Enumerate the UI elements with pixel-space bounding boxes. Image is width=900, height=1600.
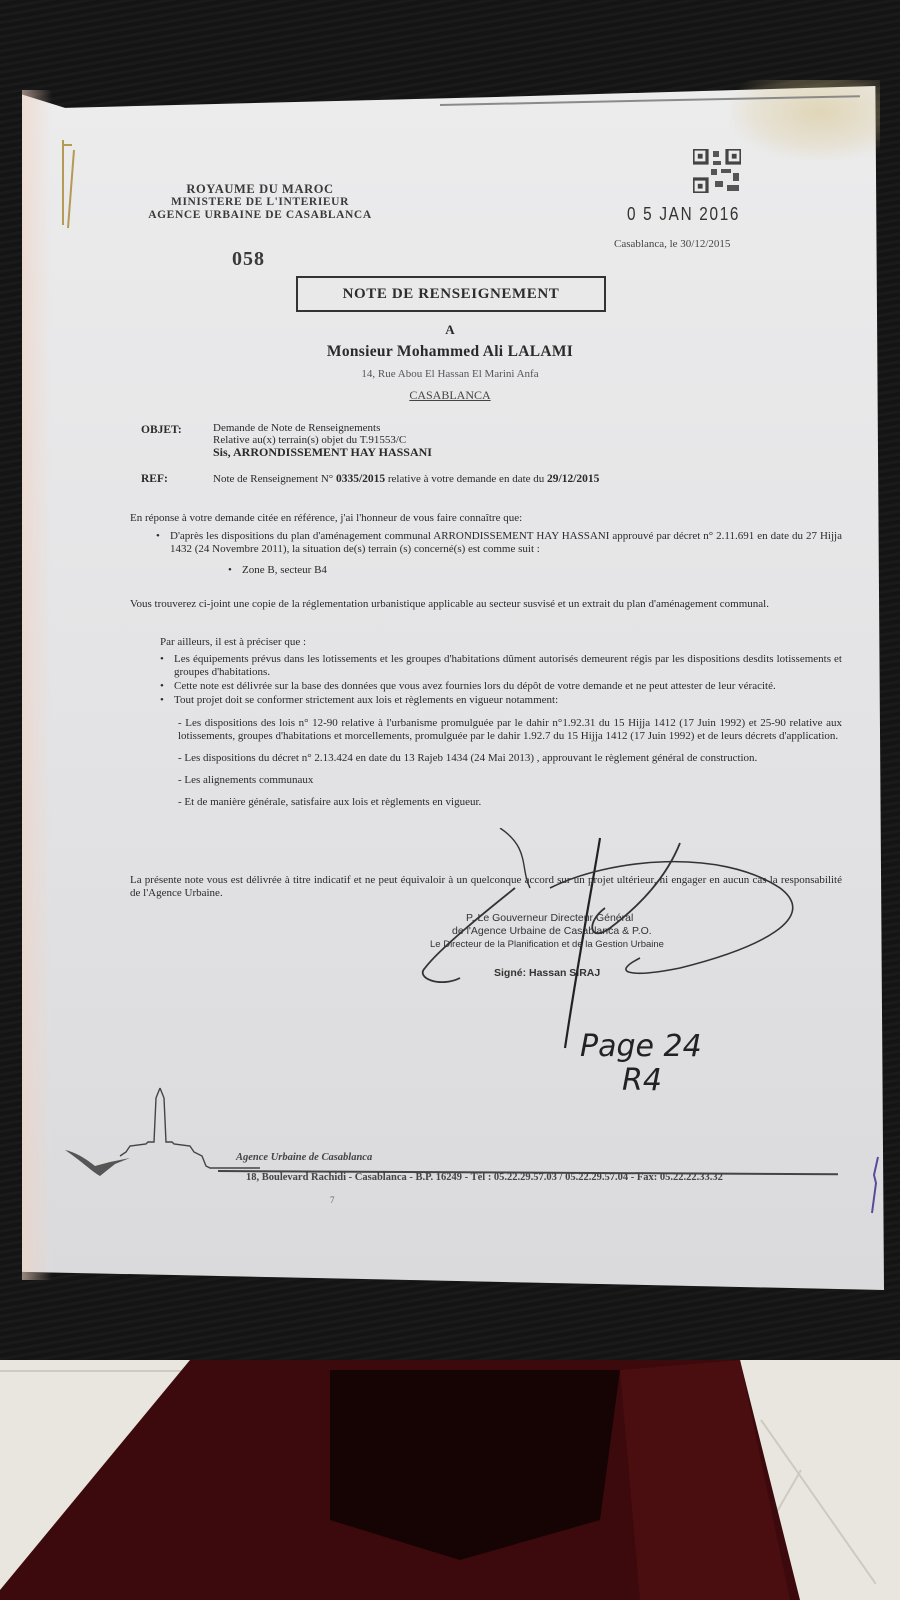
intro-paragraph: En réponse à votre demande citée en réfé…: [130, 512, 842, 525]
recipient-city: CASABLANCA: [250, 388, 650, 403]
document-title: NOTE DE RENSEIGNEMENT: [296, 276, 606, 312]
red-garment: [0, 1360, 900, 1600]
ref-prefix: Note de Renseignement N°: [213, 473, 336, 485]
objet-text: Demande de Note de Renseignements Relati…: [213, 422, 432, 458]
handwritten-note: Page 24 R4: [580, 1030, 702, 1098]
recipient-name: Monsieur Mohammed Ali LALAMI: [250, 343, 650, 361]
law-item-3: - Les alignements communaux: [130, 774, 842, 787]
ref-middle: relative à votre demande en date du: [385, 473, 547, 485]
handwritten-ref: R4: [580, 1064, 702, 1098]
paper-clip-icon: [60, 140, 80, 230]
law-item-4: - Et de manière générale, satisfaire aux…: [130, 796, 842, 809]
ref-label: REF:: [141, 473, 168, 485]
objet-label: OBJET:: [141, 424, 182, 436]
paper-stain: [730, 80, 880, 160]
footer-agency: Agence Urbaine de Casablanca: [236, 1152, 372, 1163]
letterhead: ROYAUME DU MAROC MINISTERE DE L'INTERIEU…: [140, 183, 380, 222]
recipient-to: A: [250, 322, 650, 338]
qr-code-icon: [693, 149, 741, 193]
ref-text: Note de Renseignement N° 0335/2015 relat…: [213, 473, 599, 485]
note-bullet-3: Tout projet doit se conformer strictemen…: [174, 694, 842, 707]
objet-line-1: Demande de Note de Renseignements: [213, 422, 432, 434]
note-bullet-2: Cette note est délivrée sur la base des …: [174, 680, 842, 693]
further-intro: Par ailleurs, il est à préciser que :: [130, 636, 842, 649]
note-bullet-1: Les équipements prévus dans les lotissem…: [174, 653, 842, 679]
further-section: Par ailleurs, il est à préciser que : Le…: [130, 636, 842, 809]
handwritten-page: Page 24: [580, 1030, 702, 1064]
footer-address: 18, Boulevard Rachidi - Casablanca - B.P…: [246, 1172, 723, 1183]
plan-section: D'après les dispositions du plan d'aména…: [130, 530, 842, 578]
law-item-1: - Les dispositions des lois n° 12-90 rel…: [130, 717, 842, 743]
received-date-stamp: 0 5 JAN 2016: [627, 204, 740, 225]
recipient-address: 14, Rue Abou El Hassan El Marini Anfa: [250, 368, 650, 380]
agency-logo-icon: [60, 1080, 260, 1180]
objet-line-3: Sis, ARRONDISSEMENT HAY HASSANI: [213, 446, 432, 458]
copy-note-paragraph: Vous trouverez ci-joint une copie de la …: [130, 598, 842, 611]
letterhead-agency: AGENCE URBAINE DE CASABLANCA: [140, 209, 380, 222]
city-date: Casablanca, le 30/12/2015: [614, 238, 730, 250]
reference-number: 058: [232, 248, 265, 271]
paper-edge-tint: [22, 90, 52, 1280]
plan-bullet: D'après les dispositions du plan d'aména…: [170, 530, 842, 556]
pen-mark: [868, 1155, 882, 1215]
ref-date: 29/12/2015: [547, 473, 599, 485]
footer-mark: 7: [330, 1195, 335, 1205]
letterhead-ministry: MINISTERE DE L'INTERIEUR: [140, 196, 380, 209]
letterhead-kingdom: ROYAUME DU MAROC: [140, 183, 380, 196]
handwritten-signature: [380, 828, 840, 1058]
zone-bullet: Zone B, secteur B4: [242, 564, 842, 577]
law-item-2: - Les dispositions du décret n° 2.13.424…: [130, 752, 842, 765]
ref-number: 0335/2015: [336, 473, 385, 485]
